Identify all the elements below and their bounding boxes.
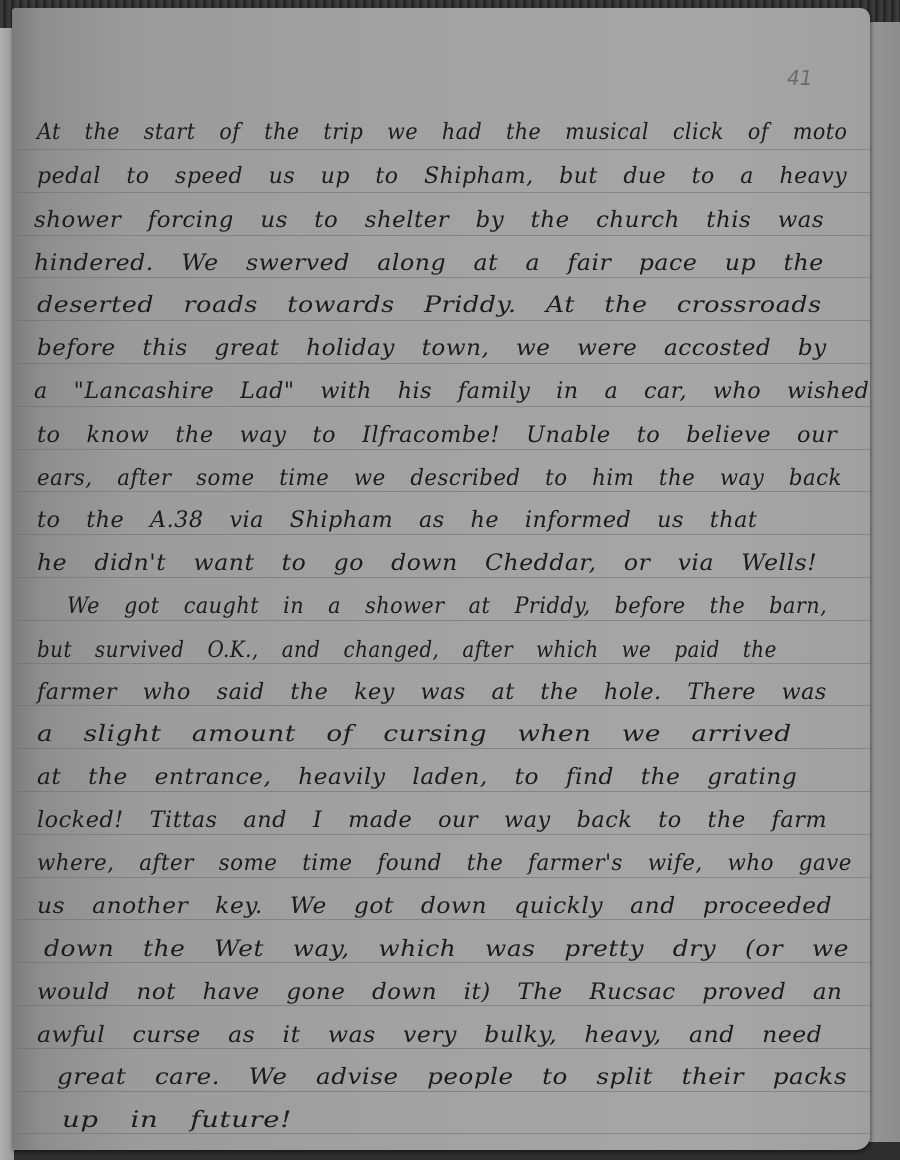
- text-line: We got caught in a shower at Priddy, bef…: [67, 594, 827, 619]
- text-line: farmer who said the key was at the hole.…: [37, 680, 827, 705]
- text-line: pedal to speed us up to Shipham, but due…: [37, 164, 847, 189]
- text-line: up in future!: [62, 1108, 292, 1133]
- text-line: he didn't want to go down Cheddar, or vi…: [37, 551, 817, 576]
- text-line: ears, after some time we described to hi…: [37, 466, 842, 491]
- text-line: but survived O.K., and changed, after wh…: [37, 638, 777, 663]
- text-line: us another key. We got down quickly and …: [37, 894, 832, 919]
- text-line: awful curse as it was very bulky, heavy,…: [37, 1023, 822, 1048]
- text-line: would not have gone down it) The Rucsac …: [37, 980, 842, 1005]
- text-line: to know the way to Ilfracombe! Unable to…: [37, 423, 837, 448]
- text-line: down the Wet way, which was pretty dry (…: [44, 937, 849, 962]
- text-line: at the entrance, heavily laden, to find …: [37, 765, 797, 790]
- text-line: locked! Tittas and I made our way back t…: [37, 808, 827, 833]
- text-line: to the A.38 via Shipham as he informed u…: [37, 508, 757, 533]
- text-line: hindered. We swerved along at a fair pac…: [34, 251, 824, 276]
- text-line: shower forcing us to shelter by the chur…: [34, 208, 824, 233]
- text-line: where, after some time found the farmer'…: [37, 851, 852, 876]
- text-line: a "Lancashire Lad" with his family in a …: [34, 379, 869, 404]
- text-line: At the start of the trip we had the musi…: [37, 120, 847, 145]
- text-line: before this great holiday town, we were …: [37, 336, 827, 361]
- text-line: a slight amount of cursing when we arriv…: [37, 722, 792, 747]
- text-line: deserted roads towards Priddy. At the cr…: [37, 293, 822, 318]
- text-line: great care. We advise people to split th…: [57, 1065, 847, 1090]
- notebook-page: 41 At the start of the trip we had the m…: [12, 8, 870, 1150]
- handwritten-text: At the start of the trip we had the musi…: [12, 8, 870, 1150]
